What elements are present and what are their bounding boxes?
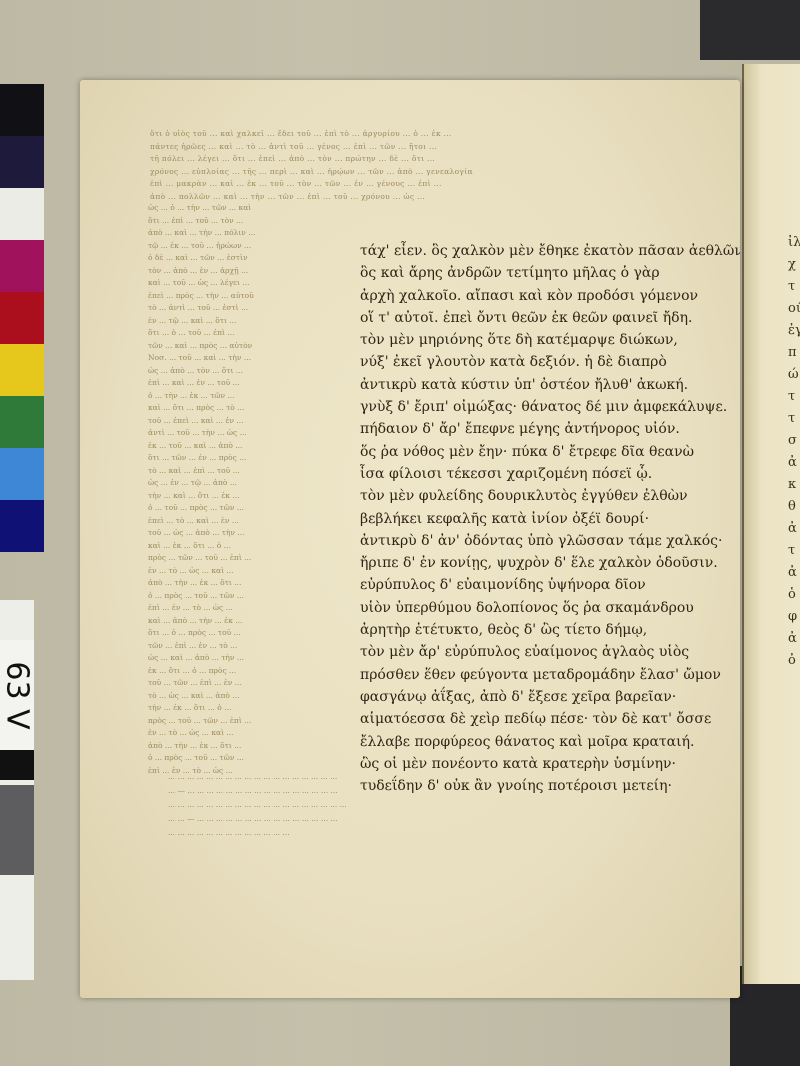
verse-line: φασγάνῳ ἀΐξας, ἀπὸ δ' ἔξεσε χεῖρα βαρεῖα… [360,686,740,708]
scholia-top-block: ὅτι ὁ υἱὸς τοῦ ... καὶ χαλκεῖ ... ἔδει τ… [150,128,690,203]
scholia-line: ὅτι ... ἐπὶ ... τοῦ ... τὸν ... [148,215,348,228]
verse-text: ἶσα φίλοισι τέκεσσι χαριζομένη πόσεϊ ᾧ. [360,466,652,482]
verse-text: ἀρχὴ χαλκοῖο. αἴπασι καὶ κὸν προδόσι γόμ… [360,288,698,304]
verse-text: εὐρύπυλος δ' εὐαιμονίδης ὑψήνορα δῖον [360,577,646,593]
verse-line: »τὸν μὲν ἄρ' εὐρύπυλος εὐαίμονος ἀγλαὸς … [360,641,740,663]
verse-text: πρόσθεν ἕθεν φεύγοντα μεταδρομάδην ἔλασ'… [360,667,721,683]
color-swatch [0,84,44,136]
verse-line: —οἵ τ' αὐτοῖ. ἐπεὶ ὄντι θεῶν ἐκ θεῶν φαι… [360,307,740,329]
verse-text: υἱὸν ὑπερθύμου δολοπίονος ὅς ῥα σκαμάνδρ… [360,600,694,616]
verse-line: ἀντικρὺ κατὰ κύστιν ὑπ' ὀστέον ἤλυθ' ἀκω… [360,374,740,396]
scholia-line: τοῦ ... τῶν ... ἐπὶ ... ἐν ... [148,677,348,690]
facing-page-fragment: ὀ [788,650,800,672]
scholia-line: ἐπεὶ ... πρὸς ... τὴν ... αὐτοῦ [148,290,348,303]
verse-text: ἔλλαβε πορφύρεος θάνατος καὶ μοῖρα κρατα… [360,734,694,750]
facing-page-fragment: ώ [788,364,800,386]
verse-text: τὸν μὲν φυλείδης δουρικλυτὸς ἐγγύθεν ἐλθ… [360,488,688,504]
facing-page-fragment: ού [788,298,800,320]
facing-page-fragment: ἰλ [788,232,800,254]
scholia-line: τὸ ... καὶ ... ἐπὶ ... τοῦ ... [148,465,348,478]
verse-text: γνὺξ δ' ἔριπ' οἰμώξας· θάνατος δέ μιν ἀμ… [360,399,727,415]
verse-line: »ἔλλαβε πορφύρεος θάνατος καὶ μοῖρα κρατ… [360,731,740,753]
dark-background-corner [700,0,800,60]
scholia-line: ὁ δὲ ... καὶ ... τῶν ... ἐστὶν [148,252,348,265]
scholia-line: τοῦ ... ὡς ... ἀπὸ ... τὴν ... [148,527,348,540]
verse-text: ἀρητὴρ ἐτέτυκτο, θεὸς δ' ὣς τίετο δήμῳ, [360,622,647,638]
verse-text: ὃς καὶ ἄρης ἀνδρῶν τετίμητο μῆλας ὁ γὰρ [360,265,660,281]
facing-page-fragment: σ [788,430,800,452]
scholia-line: ἀπὸ ... καὶ ... τὴν ... πόλιν ... [148,227,348,240]
facing-page-fragment: ἀ [788,562,800,584]
scholia-line: ἐκ ... ὅτι ... ὁ ... πρὸς ... [148,665,348,678]
scholia-line: ... ... ... ... ... ... ... ... ... ... … [168,826,688,840]
facing-page-fragment: τ [788,540,800,562]
scholia-line: τῆ πόλει ... λέγει ... ὅτι ... ἐπεὶ ... … [150,153,690,166]
scholia-line: ὡς ... καὶ ... ἀπὸ ... τὴν ... [148,652,348,665]
verse-text: ὅς ῥα νόθος μὲν ἔην· πύκα δ' ἔτρεφε δῖα … [360,444,694,460]
facing-page-fragment: ἀ [788,628,800,650]
verse-text: τάχ' εἶεν. ὃς χαλκὸν μὲν ἔθηκε ἐκατὸν πᾶ… [360,243,740,259]
verse-line: »ὅς ῥα νόθος μὲν ἔην· πύκα δ' ἔτρεφε δῖα… [360,441,740,463]
scholia-line: καὶ ... ἀπὸ ... τὴν ... ἐκ ... [148,615,348,628]
scholia-line: ἀπὸ ... τὴν ... ἐκ ... ὅτι ... [148,740,348,753]
verse-text: φασγάνῳ ἀΐξας, ἀπὸ δ' ἔξεσε χεῖρα βαρεῖα… [360,689,676,705]
scholia-line: ὁ ... τοῦ ... πρὸς ... τῶν ... [148,502,348,515]
scholia-line: τῷ ... ἐκ ... τοῦ ... ἡρώων ... [148,240,348,253]
verse-text: τὸν μὲν μηριόνης ὅτε δὴ κατέμαρψε διώκων… [360,332,678,348]
folio-number: 63 V [0,661,35,729]
scholia-line: καὶ ... ἐκ ... ὅτι ... ὁ ... [148,540,348,553]
color-swatch [0,136,44,188]
scholia-line: ὁ ... πρὸς ... τοῦ ... τῶν ... [148,590,348,603]
scholia-line: τὸ ... ὡς ... καὶ ... ἀπὸ ... [148,690,348,703]
scholia-line: τῶν ... ἐπὶ ... ἐν ... τὸ ... [148,640,348,653]
scholia-line: ὁ ... τὴν ... ἐκ ... τῶν ... [148,390,348,403]
scholia-line: ... ... ... ... ... ... ... ... ... ... … [168,798,688,812]
facing-page-fragment: ἐγ [788,320,800,342]
facing-page-fragment: ἀ [788,518,800,540]
scholia-left-block: ὡς ... ὁ ... τὴν ... τῶν ... καὶὅτι ... … [148,202,348,777]
color-swatch [0,344,44,396]
facing-page-fragment: κ [788,474,800,496]
scholia-line: ... — ... ... ... ... ... ... ... ... ..… [168,784,688,798]
scholia-line: χρόνος ... εὐπλοίας ... τῆς ... περὶ ...… [150,166,690,179]
verse-text: ἀντικρὺ κατὰ κύστιν ὑπ' ὀστέον ἤλυθ' ἀκω… [360,377,688,393]
scholia-line: ἐν ... τῷ ... καὶ ... ὅτι ... [148,315,348,328]
scholia-line: τὴν ... καὶ ... ὅτι ... ἐκ ... [148,490,348,503]
color-swatch [0,240,44,292]
scholia-line: ὅτι ... τῶν ... ἐν ... πρὸς ... [148,452,348,465]
scholia-line: ἐπεὶ ... τὸ ... καὶ ... ἐν ... [148,515,348,528]
grayscale-black-patch [0,750,34,780]
verse-text: αἱματόεσσα δὲ χεὶρ πεδίῳ πέσε· τὸν δὲ κα… [360,711,711,727]
color-swatch [0,500,44,552]
verse-text: οἵ τ' αὐτοῖ. ἐπεὶ ὄντι θεῶν ἐκ θεῶν φαιν… [360,310,692,326]
scholia-line: καὶ ... ὅτι ... πρὸς ... τὸ ... [148,402,348,415]
scholia-line: ὅτι ... ὁ ... τοῦ ... ἐπὶ ... [148,327,348,340]
scholia-line: καὶ ... τοῦ ... ὡς ... λέγει ... [148,277,348,290]
facing-page-fragment: τ [788,408,800,430]
verse-line: πήδαιον δ' ἄρ' ἔπεφνε μέγης ἀντήνορος υἱ… [360,418,740,440]
verse-line: ἀρητὴρ ἐτέτυκτο, θεὸς δ' ὣς τίετο δήμῳ, [360,619,740,641]
scholia-line: ὡς ... ὁ ... τὴν ... τῶν ... καὶ [148,202,348,215]
scholia-line: ὡς ... ἀπὸ ... τὸν ... ὅτι ... [148,365,348,378]
facing-page-fragment: ἀ [788,452,800,474]
color-swatch [0,396,44,448]
scholia-line: τῶν ... καὶ ... πρὸς ... αὐτὸν [148,340,348,353]
scholia-line: τὸν ... ἀπὸ ... ἐν ... ἀρχῇ ... [148,265,348,278]
color-swatch [0,448,44,500]
verse-line: ἀντικρὺ δ' ἀν' ὀδόντας ὑπὸ γλῶσσαν τάμε … [360,530,740,552]
facing-page-fragment: χ [788,254,800,276]
verse-text: ἤριπε δ' ἐν κονίῃς, ψυχρὸν δ' ἕλε χαλκὸν… [360,555,718,571]
verse-text: βεβλήκει κεφαλῆς κατὰ ἰνίον ὀξέϊ δουρί· [360,511,649,527]
scholia-line: τὸ ... ἀντὶ ... τοῦ ... ἐστὶ ... [148,302,348,315]
verse-line: νύξ' ἐκεῖ γλουτὸν κατὰ δεξιόν. ἡ δὲ διαπ… [360,351,740,373]
verse-line: τάχ' εἶεν. ὃς χαλκὸν μὲν ἔθηκε ἐκατὸν πᾶ… [360,240,740,262]
scholia-line: ὁ ... πρὸς ... τοῦ ... τῶν ... [148,752,348,765]
verse-line: υἱὸν ὑπερθύμου δολοπίονος ὅς ῥα σκαμάνδρ… [360,597,740,619]
verse-line: »γνὺξ δ' ἔριπ' οἰμώξας· θάνατος δέ μιν ἀ… [360,396,740,418]
scholia-line: ἐπὶ ... ἐν ... τὸ ... ὡς ... [148,602,348,615]
folio-label: 63 V [0,640,34,750]
scholia-line: πρὸς ... τοῦ ... τῶν ... ἐπὶ ... [148,715,348,728]
verse-line: ἶσα φίλοισι τέκεσσι χαριζομένη πόσεϊ ᾧ. [360,463,740,485]
verse-line: εὐρύπυλος δ' εὐαιμονίδης ὑψήνορα δῖον [360,574,740,596]
scholia-line: τοῦ ... ἐπεὶ ... καὶ ... ἐν ... [148,415,348,428]
facing-page-fragment: π [788,342,800,364]
facing-page-fragment: τ [788,386,800,408]
scholia-line: ὅτι ... ὁ ... πρὸς ... τοῦ ... [148,627,348,640]
facing-page-text: ἰλχτούἐγπώττσἀκθἀτἀὁφἀὀ [788,232,800,672]
verse-line: ὃς καὶ ἄρης ἀνδρῶν τετίμητο μῆλας ὁ γὰρ [360,262,740,284]
main-text-block: τάχ' εἶεν. ὃς χαλκὸν μὲν ἔθηκε ἐκατὸν πᾶ… [360,240,740,797]
verse-line: ἤριπε δ' ἐν κονίῃς, ψυχρὸν δ' ἕλε χαλκὸν… [360,552,740,574]
grayscale-grey-patch [0,785,34,875]
verse-line: πρόσθεν ἕθεν φεύγοντα μεταδρομάδην ἔλασ'… [360,664,740,686]
scholia-line: ὅτι ὁ υἱὸς τοῦ ... καὶ χαλκεῖ ... ἔδει τ… [150,128,690,141]
verse-text: νύξ' ἐκεῖ γλουτὸν κατὰ δεξιόν. ἡ δὲ διαπ… [360,354,667,370]
scholia-line: πάντες ἡρῶες ... καὶ ... τὸ ... ἀντὶ τοῦ… [150,141,690,154]
scholia-line: ... ... ... ... ... ... ... ... ... ... … [168,770,688,784]
scholia-line: ἀντὶ ... τοῦ ... τὴν ... ὡς ... [148,427,348,440]
facing-page-fragment: ὁ [788,584,800,606]
color-swatch [0,188,44,240]
scholia-line: ἀπὸ ... τὴν ... ἐκ ... ὅτι ... [148,577,348,590]
color-calibration-strip [0,84,44,552]
verse-line: τὸν μὲν μηριόνης ὅτε δὴ κατέμαρψε διώκων… [360,329,740,351]
scholia-line: ὡς ... ἐν ... τῷ ... ἀπὸ ... [148,477,348,490]
facing-page-fragment: τ [788,276,800,298]
color-swatch [0,292,44,344]
scholia-bottom-block: ... ... ... ... ... ... ... ... ... ... … [168,770,688,840]
facing-page-fragment: θ [788,496,800,518]
verse-text: ἀντικρὺ δ' ἀν' ὀδόντας ὑπὸ γλῶσσαν τάμε … [360,533,722,549]
verse-line: βεβλήκει κεφαλῆς κατὰ ἰνίον ὀξέϊ δουρί· [360,508,740,530]
scholia-line: ἐκ ... τοῦ ... καὶ ... ἀπὸ ... [148,440,348,453]
scholia-line: τὴν ... ἐκ ... ὅτι ... ὁ ... [148,702,348,715]
scholia-line: ἐν ... τὸ ... ὡς ... καὶ ... [148,727,348,740]
verse-text: πήδαιον δ' ἄρ' ἔπεφνε μέγης ἀντήνορος υἱ… [360,421,680,437]
facing-page-fragment: φ [788,606,800,628]
scholia-line: ἐπὶ ... μακρὰν ... καὶ ... ἐκ ... τοῦ ..… [150,178,690,191]
scholia-line: Νοσ. ... τοῦ ... καὶ ... τὴν ... [148,352,348,365]
scholia-line: ... ... — ... ... ... ... ... ... ... ..… [168,812,688,826]
verse-text: τὸν μὲν ἄρ' εὐρύπυλος εὐαίμονος ἀγλαὸς υ… [360,644,689,660]
verse-line: αἱματόεσσα δὲ χεὶρ πεδίῳ πέσε· τὸν δὲ κα… [360,708,740,730]
scholia-line: ἐν ... τὸ ... ὡς ... καὶ ... [148,565,348,578]
verse-line: ἀρχὴ χαλκοῖο. αἴπασι καὶ κὸν προδόσι γόμ… [360,285,740,307]
verse-line: τὸν μὲν φυλείδης δουρικλυτὸς ἐγγύθεν ἐλθ… [360,485,740,507]
scholia-line: πρὸς ... τῶν ... τοῦ ... ἐπὶ ... [148,552,348,565]
scholia-line: ἐπὶ ... καὶ ... ἐν ... τοῦ ... [148,377,348,390]
